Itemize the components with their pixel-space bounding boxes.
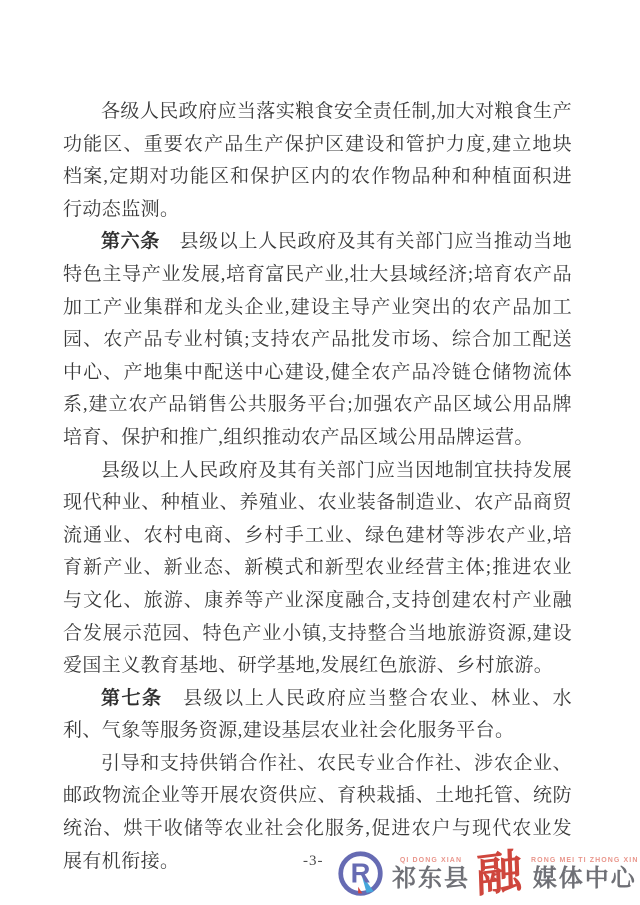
logo-latin-left: QI DONG XIAN (400, 857, 462, 864)
logo-monogram-letter: R (351, 857, 371, 888)
article-number: 第六条 (101, 231, 160, 252)
logo-r-icon: R (336, 850, 385, 899)
article-number: 第七条 (101, 688, 163, 709)
document-body: 各级人民政府应当落实粮食安全责任制,加大对粮食生产功能区、重要农产品生产保护区建… (63, 96, 572, 878)
logo-right-text: RONG MEI TI ZHONG XIN 媒体中心 (531, 857, 639, 891)
logo-media-center-name: 媒体中心 (533, 867, 637, 891)
page-number: -3- (303, 853, 324, 870)
logo-county-name: 祁东县 (392, 867, 470, 891)
logo-left-text: QI DONG XIAN 祁东县 (392, 857, 470, 891)
media-center-logo: R QI DONG XIAN 祁东县 融 RONG MEI TI ZHONG X… (336, 847, 639, 901)
page-footer: -3- R QI DONG XIAN 祁东县 融 RONG MEI TI ZHO… (0, 846, 640, 905)
logo-rong-character: 融 (475, 848, 522, 900)
paragraph: 第七条 县级以上人民政府应当整合农业、林业、水利、气象等服务资源,建设基层农业社… (63, 683, 572, 748)
paragraph: 各级人民政府应当落实粮食安全责任制,加大对粮食生产功能区、重要农产品生产保护区建… (63, 96, 572, 226)
paragraph: 第六条 县级以上人民政府及其有关部门应当推动当地特色主导产业发展,培育富民产业,… (63, 226, 572, 454)
logo-latin-right: RONG MEI TI ZHONG XIN (531, 857, 639, 864)
document-page: 各级人民政府应当落实粮食安全责任制,加大对粮食生产功能区、重要农产品生产保护区建… (0, 0, 640, 905)
paragraph: 县级以上人民政府及其有关部门应当因地制宜扶持发展现代种业、种植业、养殖业、农业装… (63, 455, 572, 683)
